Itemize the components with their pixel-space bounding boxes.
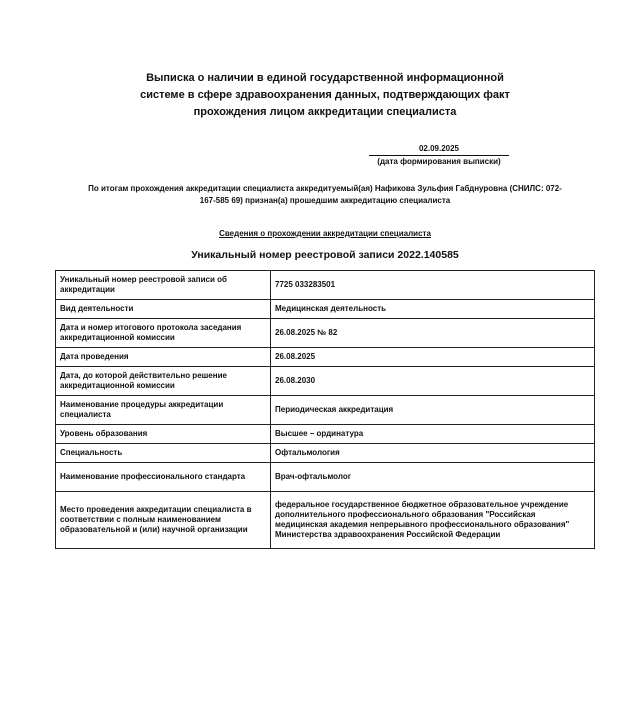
- intro-line: 167-585 69) признан(а) прошедшим аккреди…: [0, 195, 642, 207]
- table-row: Дата и номер итогового протокола заседан…: [56, 319, 595, 348]
- intro-line: По итогам прохождения аккредитации специ…: [0, 183, 642, 195]
- row-label: Наименование процедуры аккредитации спец…: [56, 396, 271, 425]
- intro-paragraph: По итогам прохождения аккредитации специ…: [0, 183, 642, 207]
- table-row: Уровень образования Высшее – ординатура: [56, 425, 595, 444]
- table-row: Наименование процедуры аккредитации спец…: [56, 396, 595, 425]
- issue-date: 02.09.2025: [369, 143, 509, 156]
- table-row: Уникальный номер реестровой записи об ак…: [56, 271, 595, 300]
- row-value: Высшее – ординатура: [271, 425, 595, 444]
- row-value: Офтальмология: [271, 444, 595, 463]
- table-row: Дата, до которой действительно решение а…: [56, 367, 595, 396]
- row-label: Уровень образования: [56, 425, 271, 444]
- row-value: Врач-офтальмолог: [271, 463, 595, 492]
- table-row: Наименование профессионального стандарта…: [56, 463, 595, 492]
- issue-date-block: 02.09.2025 (дата формирования выписки): [369, 143, 509, 167]
- title-line: Выписка о наличии в единой государственн…: [0, 70, 642, 87]
- row-value: 26.08.2025: [271, 348, 595, 367]
- row-value: 26.08.2025 № 82: [271, 319, 595, 348]
- title-line: прохождения лицом аккредитации специалис…: [0, 104, 642, 121]
- row-label: Дата и номер итогового протокола заседан…: [56, 319, 271, 348]
- issue-date-caption: (дата формирования выписки): [369, 156, 509, 167]
- row-label: Специальность: [56, 444, 271, 463]
- row-label: Уникальный номер реестровой записи об ак…: [56, 271, 271, 300]
- table-row: Место проведения аккредитации специалист…: [56, 492, 595, 549]
- table-row: Вид деятельности Медицинская деятельност…: [56, 300, 595, 319]
- row-value: 7725 033283501: [271, 271, 595, 300]
- row-value: 26.08.2030: [271, 367, 595, 396]
- title-line: системе в сфере здравоохранения данных, …: [0, 87, 642, 104]
- registry-number-heading: Уникальный номер реестровой записи 2022.…: [0, 248, 642, 262]
- row-value: Медицинская деятельность: [271, 300, 595, 319]
- accreditation-details-table: Уникальный номер реестровой записи об ак…: [55, 270, 595, 549]
- section-heading: Сведения о прохождении аккредитации спец…: [0, 228, 642, 239]
- row-value: Периодическая аккредитация: [271, 396, 595, 425]
- row-label: Дата, до которой действительно решение а…: [56, 367, 271, 396]
- row-label: Место проведения аккредитации специалист…: [56, 492, 271, 549]
- table-row: Дата проведения 26.08.2025: [56, 348, 595, 367]
- row-value: федеральное государственное бюджетное об…: [271, 492, 595, 549]
- table-row: Специальность Офтальмология: [56, 444, 595, 463]
- document-title: Выписка о наличии в единой государственн…: [0, 70, 642, 121]
- row-label: Наименование профессионального стандарта: [56, 463, 271, 492]
- row-label: Вид деятельности: [56, 300, 271, 319]
- row-label: Дата проведения: [56, 348, 271, 367]
